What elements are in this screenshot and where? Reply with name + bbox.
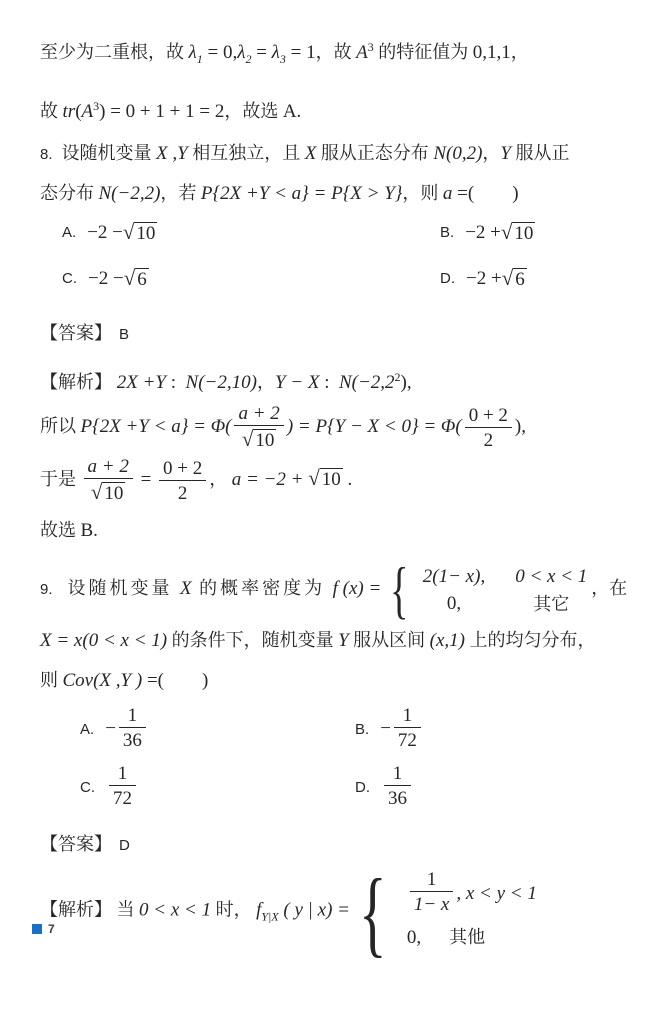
q8-answer-line: 【答案】B [40, 316, 629, 352]
fraction-numerator: 1 [384, 763, 411, 785]
math-variable: A [356, 42, 368, 63]
math-run: = 1 [286, 42, 316, 63]
sqrt: √10 [123, 220, 158, 245]
fraction-denominator: √10 [84, 478, 133, 507]
fraction-numerator: a + 2 [234, 403, 283, 425]
math-run: ) = P{Y − X < 0} = Φ( [287, 416, 462, 437]
text-run: 相互独立，且 [188, 143, 305, 163]
option-label: D. [355, 779, 381, 796]
math-subscript: Y|X [261, 910, 278, 924]
text-run: ，则 [402, 183, 443, 203]
math-run: = [251, 42, 271, 63]
fraction-numerator: 0 + 2 [159, 458, 206, 480]
answer-blank: =( ) [452, 183, 518, 204]
math-run: N(−2,10) [186, 372, 257, 393]
math-run: 0 < x < 1 [139, 900, 211, 921]
answer-label: 【答案】 [40, 323, 112, 343]
text-run: 的条件下，随机变量 [167, 630, 338, 650]
fraction-numerator: 0 + 2 [465, 405, 512, 427]
fraction-numerator: 1 [410, 869, 454, 891]
q8-stem-line-1: 8. 设随机变量 X ,Y 相互独立，且 X 服从正态分布 N(0,2)，Y 服… [40, 136, 629, 172]
option-d: D.136 [355, 763, 414, 811]
fraction-denominator: 1− x [410, 891, 454, 917]
math-run: = [136, 469, 156, 490]
text-run: 服从正 [511, 143, 570, 163]
text-run: ， [257, 372, 275, 392]
math-run: P{2X +Y < a} = Φ( [81, 416, 232, 437]
math-run: : [166, 372, 186, 393]
fraction-numerator: 1 [119, 705, 146, 727]
radicand: 6 [135, 268, 149, 290]
text-run: 服从正态分布 [316, 143, 433, 163]
sqrt: √10 [501, 220, 536, 245]
math-sign: − [380, 718, 391, 740]
sqrt-sign: √ [91, 480, 103, 504]
fraction: 172 [109, 763, 136, 811]
fraction-numerator: a + 2 [84, 456, 133, 478]
math-run: ), [401, 372, 412, 393]
prev-solution-line-2: 故 tr(A3) = 0 + 1 + 1 = 2，故选 A. [40, 89, 629, 130]
text-run: 所以 [40, 416, 81, 436]
cases-grid: 2(1− x),0 < x < 10,其它 [423, 565, 588, 616]
q9-answer-line: 【答案】D [40, 827, 629, 863]
question-number: 9. [40, 581, 53, 598]
q9-options-row-2: C.172 D.136 [40, 763, 629, 819]
math-run: N(−2,2 [339, 372, 395, 393]
text-run: 态分布 [40, 183, 99, 203]
text-run: 至少为二重根，故 [40, 42, 189, 62]
sqrt-sign: √ [123, 220, 135, 244]
math-run: : [319, 372, 339, 393]
option-label: C. [80, 779, 106, 796]
math-run: X = x(0 < x < 1) [40, 630, 167, 651]
q8-options-row-2: C.−2 − √6 D.−2 + √6 [40, 266, 629, 306]
option-label: B. [355, 721, 380, 738]
text-run: 设随机变量 [53, 143, 157, 163]
text-run: 的特征值为 [374, 42, 473, 62]
sqrt: √10 [242, 433, 277, 450]
math-run: Cov(X ,Y ) [63, 670, 143, 691]
fraction: a + 2√10 [84, 456, 133, 507]
q9-options-row-1: A.−136 B.−172 [40, 705, 629, 761]
answer-value: A. [283, 101, 301, 122]
text-run: ， [511, 42, 529, 62]
sqrt-sign: √ [124, 266, 136, 290]
math-run: (x,1) [430, 630, 465, 651]
fraction: 136 [119, 705, 146, 753]
case-condition: 其它 [533, 592, 569, 616]
radicand: 10 [320, 468, 343, 490]
fraction-numerator: 1 [394, 705, 421, 727]
text-run: 于是 [40, 469, 81, 489]
radicand: 10 [512, 222, 535, 244]
fraction: 136 [384, 763, 411, 811]
q8-options-row-1: A.−2 − √10 B.−2 + √10 [40, 220, 629, 260]
fraction: 0 + 22 [159, 458, 206, 506]
case-value: 0, [447, 592, 461, 616]
math-run: = 0, [203, 42, 237, 63]
math-run: 0,1,1 [473, 42, 511, 63]
math-run: N(−2,2) [99, 183, 161, 204]
fraction-denominator: 2 [465, 427, 512, 453]
q9-stem-line-3: 则 Cov(X ,Y ) =( ) [40, 663, 629, 699]
math-run: P{2X +Y < a} = P{X > Y} [201, 183, 403, 204]
case-condition: , x < y < 1 [456, 876, 537, 911]
answer-value: B [112, 326, 129, 343]
q8-analysis-line-3: 于是 a + 2√10 = 0 + 22， a = −2 + √10 . [40, 456, 629, 507]
option-label: C. [62, 270, 88, 287]
text-run: 上的均匀分布， [465, 630, 596, 650]
math-variable: A [82, 101, 94, 122]
q9-stem-line-2: X = x(0 < x < 1) 的条件下，随机变量 Y 服从区间 (x,1) … [40, 623, 629, 659]
case-condition: 其他 [449, 920, 485, 955]
page-marker-icon [32, 924, 42, 934]
text-run: ，故 [316, 42, 357, 62]
math-run: 2X +Y [112, 372, 166, 393]
radicand: 10 [134, 222, 157, 244]
text-run: 则 [40, 670, 63, 690]
fraction: a + 2√10 [234, 403, 283, 454]
text-run: ，故选 [224, 101, 283, 121]
math-run: −2 + [466, 268, 502, 290]
case-condition: 0 < x < 1 [515, 565, 587, 589]
math-run: ( y | x) = [279, 900, 355, 921]
math-run: Y − X [275, 372, 320, 393]
fraction: 11− x [410, 869, 454, 917]
text-run: 服从区间 [349, 630, 430, 650]
math-variable: a [443, 183, 453, 204]
case-value: 0, [407, 920, 421, 955]
math-run: −2 + [465, 222, 501, 244]
cases-rows: 11− x, x < y < 10,其他 [407, 869, 537, 955]
fraction-denominator: 36 [384, 785, 411, 811]
option-c: C.172 [80, 763, 355, 811]
text-run: 故 [40, 101, 63, 121]
text-run: ，在 [591, 578, 627, 598]
case-value: 2(1− x), [423, 565, 485, 589]
fraction-denominator: 72 [109, 785, 136, 811]
answer-value: B. [81, 520, 98, 541]
option-d: D.−2 + √6 [440, 266, 527, 291]
math-variable: X [305, 143, 317, 164]
math-run: −2 − [88, 268, 124, 290]
q9-analysis-line: 【解析】 当 0 < x < 1 时， fY|X ( y | x) = {11−… [40, 869, 629, 955]
sqrt-sign: √ [242, 427, 254, 451]
math-run: f (x) = [333, 578, 386, 599]
math-variable: Y [338, 630, 349, 651]
case-row: 11− x, x < y < 1 [407, 869, 537, 917]
option-b: B.−172 [355, 705, 424, 753]
answer-label: 【答案】 [40, 834, 112, 854]
page-footer: 7 [32, 922, 55, 936]
fraction-denominator: 36 [119, 727, 146, 753]
math-run: . [343, 469, 353, 490]
option-c: C.−2 − √6 [62, 266, 440, 291]
q8-analysis-line-4: 故选 B. [40, 513, 629, 549]
analysis-label: 【解析】 [40, 372, 112, 392]
q8-stem-line-2: 态分布 N(−2,2)，若 P{2X +Y < a} = P{X > Y}，则 … [40, 176, 629, 212]
math-run: ) = 0 + 1 + 1 = 2 [99, 101, 224, 122]
q8-analysis-line-2: 所以 P{2X +Y < a} = Φ(a + 2√10) = P{Y − X … [40, 403, 629, 454]
math-sign: − [105, 718, 116, 740]
question-number: 8. [40, 146, 53, 163]
math-run: ), [515, 416, 526, 437]
sqrt: √6 [124, 266, 149, 291]
piecewise-cases: {11− x, x < y < 10,其他 [359, 869, 537, 955]
math-variable: Y [500, 143, 511, 164]
text-run: 设随机变量 [53, 578, 181, 598]
option-a: A.−136 [80, 705, 355, 753]
page-number: 7 [48, 922, 55, 936]
prev-solution-line-1: 至少为二重根，故 λ1 = 0,λ2 = λ3 = 1，故 A3 的特征值为 0… [40, 30, 629, 77]
text-run: ， [209, 469, 232, 489]
sqrt-sign: √ [308, 466, 320, 490]
answer-blank: =( ) [142, 670, 208, 691]
option-label: D. [440, 270, 466, 287]
radicand: 10 [253, 429, 276, 451]
fraction: 0 + 22 [465, 405, 512, 453]
fraction-denominator: √10 [234, 425, 283, 454]
math-function: tr [63, 101, 76, 122]
fraction-denominator: 2 [159, 480, 206, 506]
text-run: 时， [211, 900, 256, 920]
q9-stem-line-1: 9. 设随机变量 X 的概率密度为 f (x) = {2(1− x),0 < x… [40, 563, 629, 617]
radicand: 6 [513, 268, 527, 290]
math-run: N(0,2) [433, 143, 482, 164]
document-page: 至少为二重根，故 λ1 = 0,λ2 = λ3 = 1，故 A3 的特征值为 0… [0, 0, 657, 955]
text-run: ，若 [160, 183, 201, 203]
piecewise-cases: {2(1− x),0 < x < 10,其它 [390, 563, 587, 617]
math-run: a = −2 + [232, 469, 308, 490]
left-brace: { [390, 563, 408, 617]
text-run: 当 [112, 900, 139, 920]
left-brace: { [359, 872, 387, 954]
fraction-numerator: 1 [109, 763, 136, 785]
math-variable: λ [272, 42, 280, 63]
option-label: B. [440, 224, 465, 241]
analysis-label: 【解析】 [40, 900, 112, 920]
math-run: X ,Y [156, 143, 188, 164]
answer-value: D [112, 837, 130, 854]
option-label: A. [80, 721, 105, 738]
case-row: 0,其他 [407, 920, 537, 955]
q8-analysis-line-1: 【解析】 2X +Y : N(−2,10)，Y − X : N(−2,22), [40, 360, 629, 401]
text-run: ， [482, 143, 500, 163]
math-run: −2 − [87, 222, 123, 244]
math-variable: λ [189, 42, 197, 63]
sqrt-sign: √ [501, 220, 513, 244]
fraction-denominator: 72 [394, 727, 421, 753]
sqrt: √10 [308, 472, 343, 489]
radicand: 10 [102, 482, 125, 504]
option-label: A. [62, 224, 87, 241]
sqrt-sign: √ [502, 266, 514, 290]
sqrt: √10 [91, 486, 126, 503]
option-a: A.−2 − √10 [62, 220, 440, 245]
text-run: 故选 [40, 520, 81, 540]
option-b: B.−2 + √10 [440, 220, 535, 245]
sqrt: √6 [502, 266, 527, 291]
text-run: 的概率密度为 [192, 578, 333, 598]
math-variable: X [180, 578, 192, 599]
fraction: 172 [394, 705, 421, 753]
